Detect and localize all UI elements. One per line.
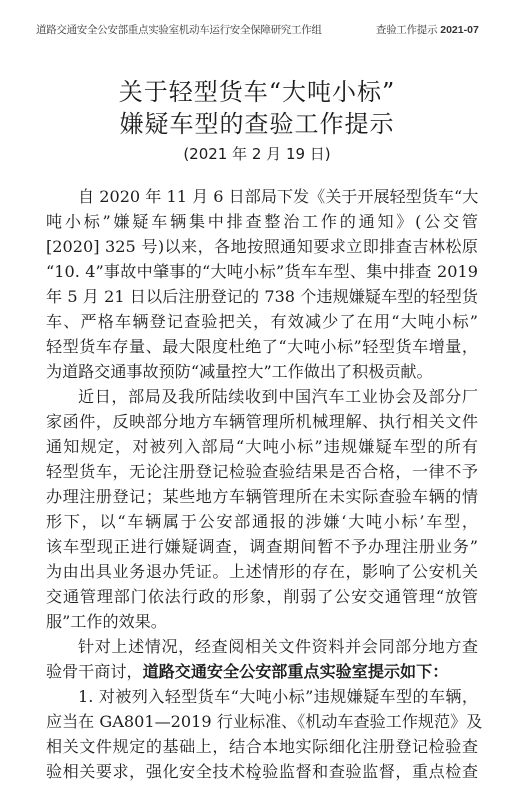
body-line: 为道路交通事故预防“减量控大”工作做出了积极贡献。 [46, 359, 478, 384]
header-series-label: 查验工作提示 [376, 24, 437, 36]
body-line: 验骨干商讨，道路交通安全公安部重点实验室提示如下： [46, 659, 478, 684]
body-line: 自 2020 年 11 月 6 日部局下发《关于开展轻型货车“大 [46, 184, 478, 209]
body-line: 该车型现正进行嫌疑调查，调查期间暂不予办理注册业务” [46, 534, 478, 559]
body-line: 应当在 GA801—2019 行业标准、《机动车查验工作规范》及 [46, 709, 478, 734]
body-line: 家函件，反映部分地方车辆管理所机械理解、执行相关文件 [46, 409, 478, 434]
header-organization: 道路交通安全公安部重点实验室机动车运行安全保障研究工作组 [36, 22, 322, 37]
body-line: “10. 4”事故中肇事的“大吨小标”货车车型、集中排查 2019 [46, 259, 478, 284]
body-line: 近日，部局及我所陆续收到中国汽车工业协会及部分厂 [46, 384, 478, 409]
body-line: 相关文件规定的基础上，结合本地实际细化注册登记检验查 [46, 734, 478, 759]
body-line: 通知规定，对被列入部局“大吨小标”违规嫌疑车型的所有 [46, 434, 478, 459]
body-line: 交通管理部门依法行政的形象，削弱了公安交通管理“放管 [46, 584, 478, 609]
body-line: 针对上述情况，经查阅相关文件资料并会同部分地方查 [46, 634, 478, 659]
body-line: 形下，以“车辆属于公安部通报的涉嫌‘大吨小标’车型， [46, 509, 478, 534]
body-line: 轻型货车存量、最大限度杜绝了“大吨小标”轻型货车增量， [46, 334, 478, 359]
document-date: (2021 年 2 月 19 日) [0, 143, 514, 164]
body-line: 年 5 月 21 日以后注册登记的 738 个违规嫌疑车型的轻型货 [46, 284, 478, 309]
header-series-number: 2021-07 [440, 24, 479, 36]
running-header: 道路交通安全公安部重点实验室机动车运行安全保障研究工作组 查验工作提示 2021… [36, 22, 486, 40]
document-page: 道路交通安全公安部重点实验室机动车运行安全保障研究工作组 查验工作提示 2021… [0, 0, 514, 800]
document-title-line-1: 关于轻型货车“大吨小标” [0, 72, 514, 107]
body-line: 吨小标”嫌疑车辆集中排查整治工作的通知》(公交管 [46, 209, 478, 234]
body-line: [2020] 325 号)以来，各地按照通知要求立即排查吉林松原 [46, 234, 478, 259]
body-text: 验骨干商讨， [46, 662, 143, 681]
body-line: 办理注册登记；某些地方车辆管理所在未实际查验车辆的情 [46, 484, 478, 509]
body-line: 为由出具业务退办凭证。上述情形的存在，影响了公安机关 [46, 559, 478, 584]
body-line: 1. 对被列入轻型货车“大吨小标”违规嫌疑车型的车辆， [46, 684, 478, 709]
body-line: 轻型货车，无论注册登记检验查验结果是否合格，一律不予 [46, 459, 478, 484]
document-body: 自 2020 年 11 月 6 日部局下发《关于开展轻型货车“大 吨小标”嫌疑车… [46, 184, 478, 784]
page-number: 1 [0, 772, 514, 782]
body-line: 车、严格车辆登记查验把关，有效减少了在用“大吨小标” [46, 309, 478, 334]
header-series: 查验工作提示 2021-07 [376, 22, 479, 37]
body-line: 服”工作的效果。 [46, 609, 478, 634]
document-title-line-2: 嫌疑车型的查验工作提示 [0, 104, 514, 139]
bold-notice-phrase: 道路交通安全公安部重点实验室提示如下： [143, 662, 449, 681]
